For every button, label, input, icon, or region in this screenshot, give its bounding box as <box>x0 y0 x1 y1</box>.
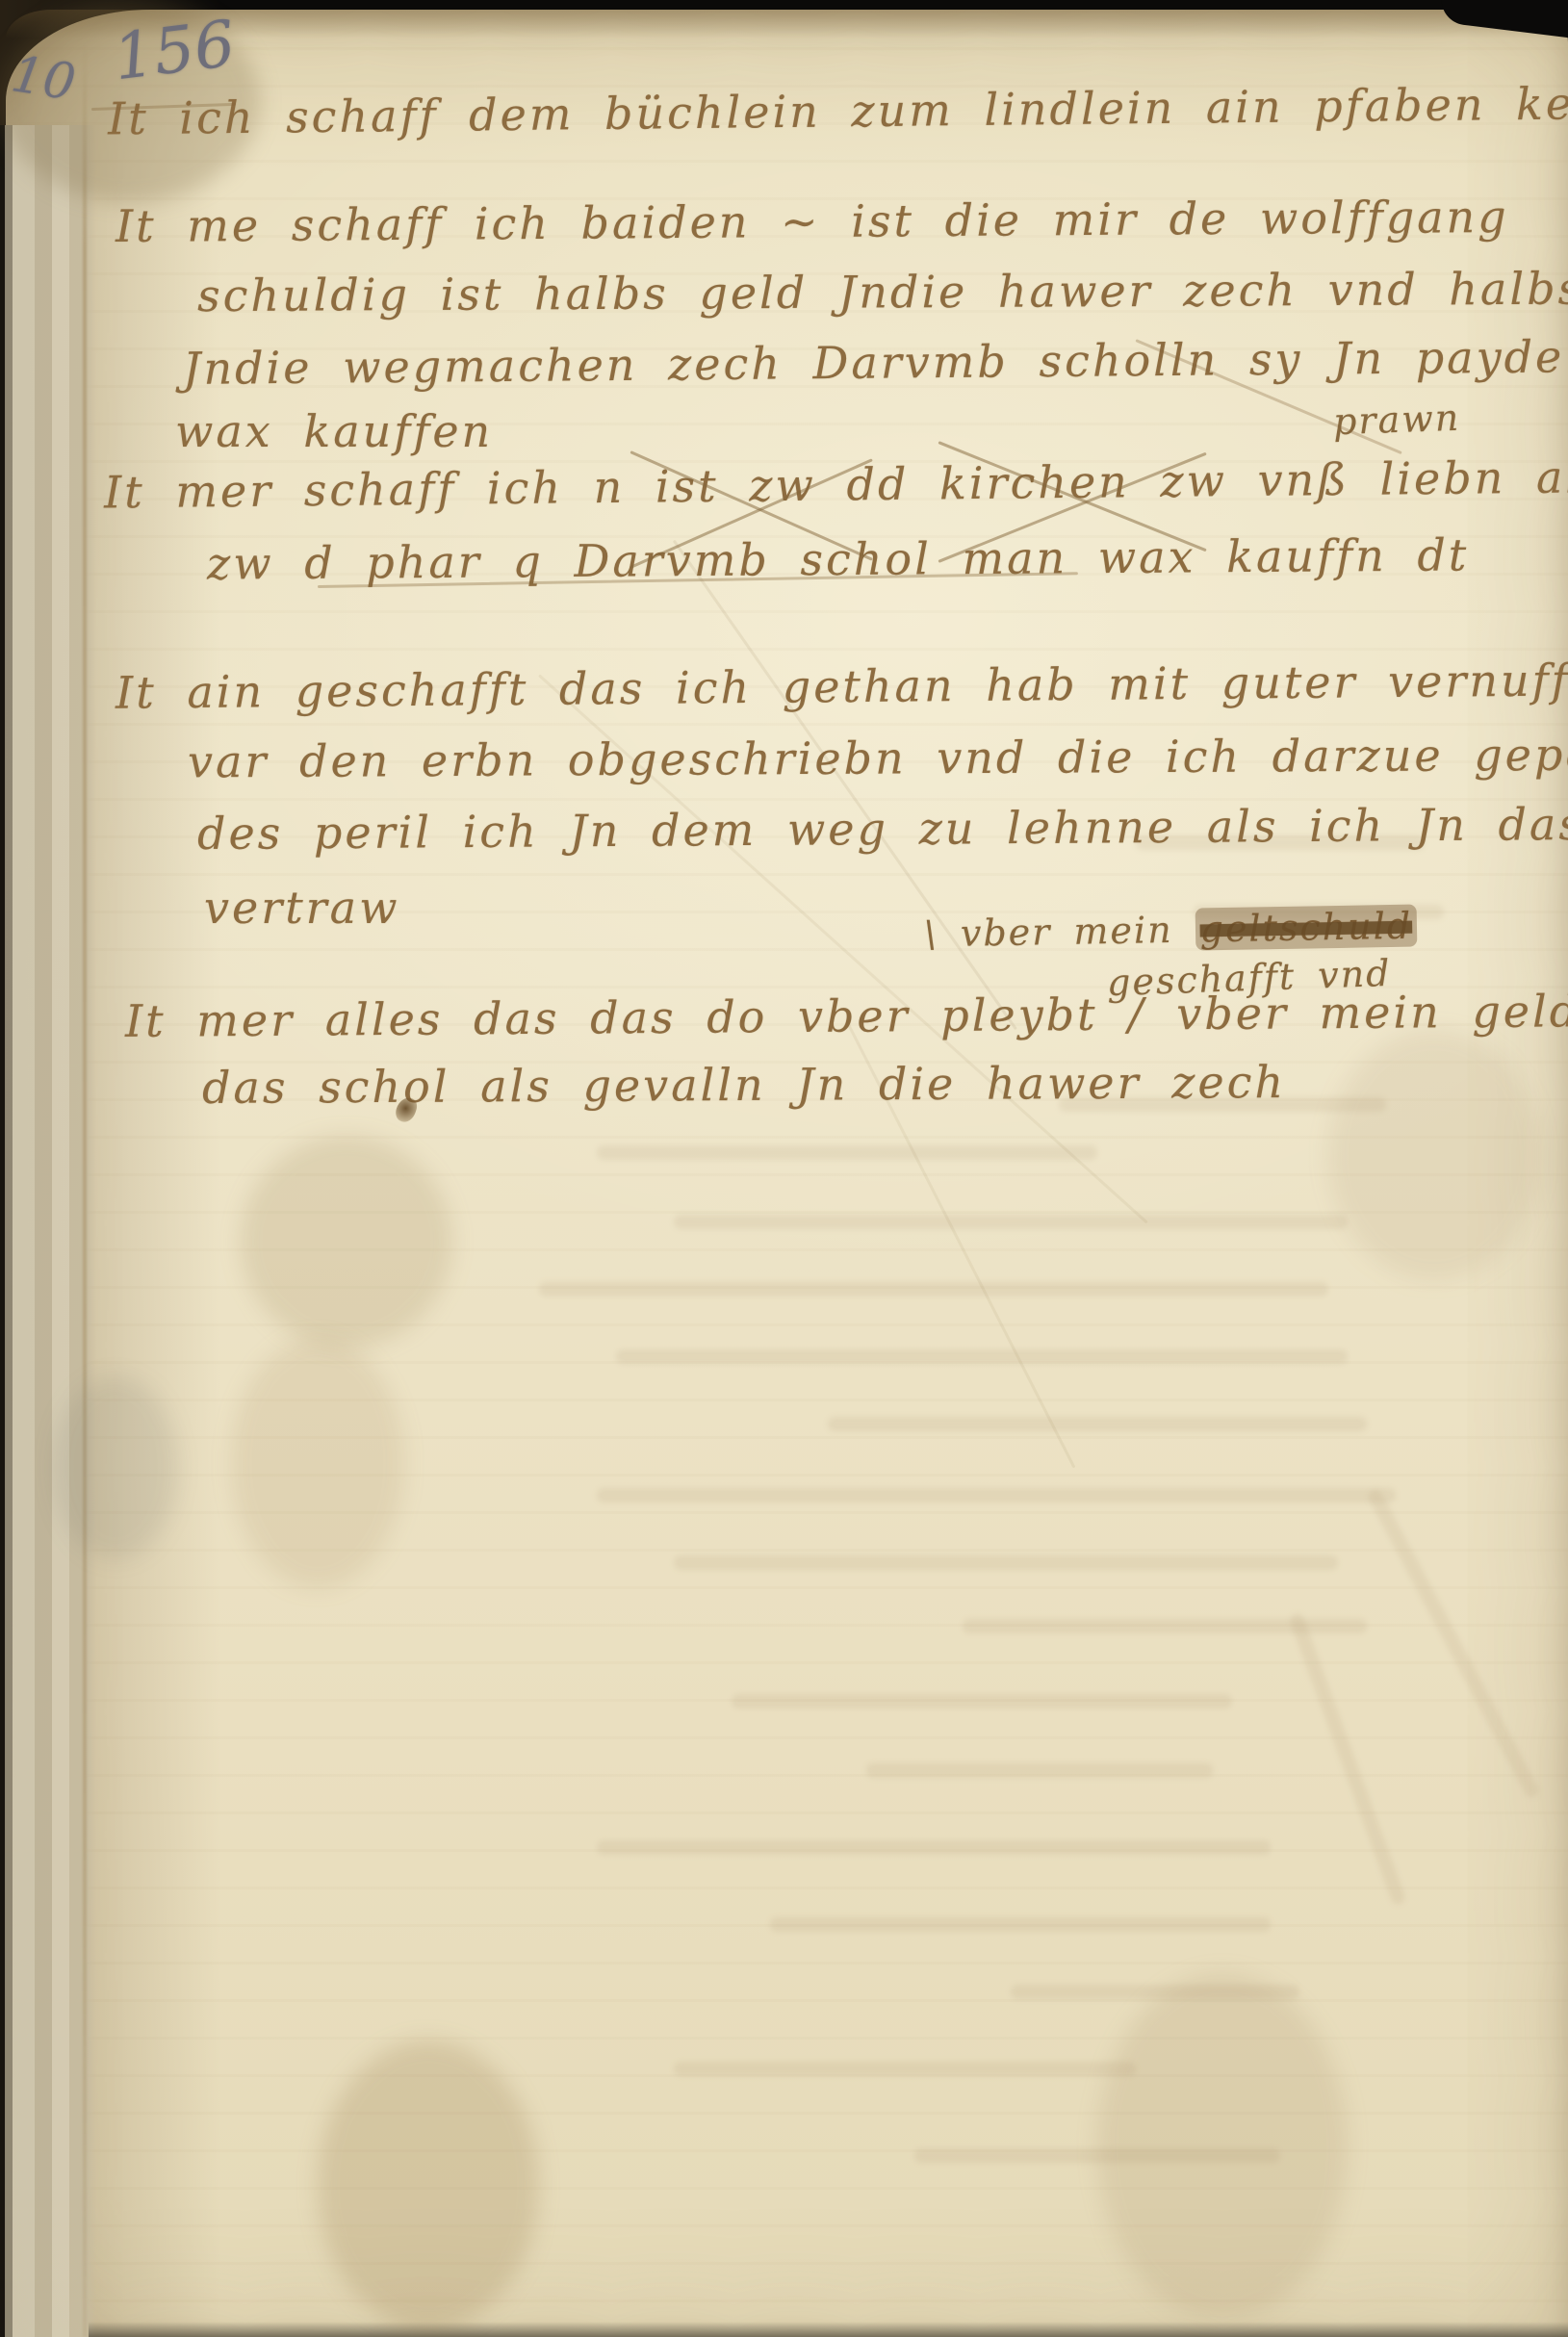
manuscript-line: It me schaff ich baiden ~ ist die mir de… <box>116 191 1509 252</box>
manuscript-line: das schol als gevalln Jn die hawer zech <box>202 1056 1286 1114</box>
interlinear-insertion: \ vber mein geltschuld <box>924 905 1418 956</box>
insertion-caret-mark: \ <box>924 912 962 956</box>
page-bottom-edge <box>89 2322 1568 2337</box>
page-number-pencil: 156 <box>110 7 239 95</box>
margin-number-pencil: 10 <box>8 45 80 113</box>
struck-word: geltschuld <box>1195 905 1417 951</box>
manuscript-line: vertraw <box>204 882 399 934</box>
manuscript-scan: 156 10 It ich schaff dem büchlein zum li… <box>0 0 1568 2337</box>
insertion-text: vber mein <box>961 909 1195 955</box>
manuscript-line-crossed-out: zw d phar q Darvmb schol man wax kauffn … <box>207 528 1470 589</box>
manuscript-line: var den erbn obgeschriebn vnd die ich da… <box>188 728 1568 788</box>
manuscript-line: schuldig ist halbs geld Jndie hawer zech… <box>197 262 1568 321</box>
manuscript-line: It mer alles das das do vber pleybt / vb… <box>125 984 1568 1047</box>
margin-note: prawn <box>1332 397 1461 444</box>
book-leaf-edges <box>0 125 96 2337</box>
gutter-crease-line <box>83 44 87 2337</box>
manuscript-line: des peril ich Jn dem weg zu lehnne als i… <box>197 798 1568 860</box>
manuscript-line: wax kauffen <box>175 405 493 457</box>
